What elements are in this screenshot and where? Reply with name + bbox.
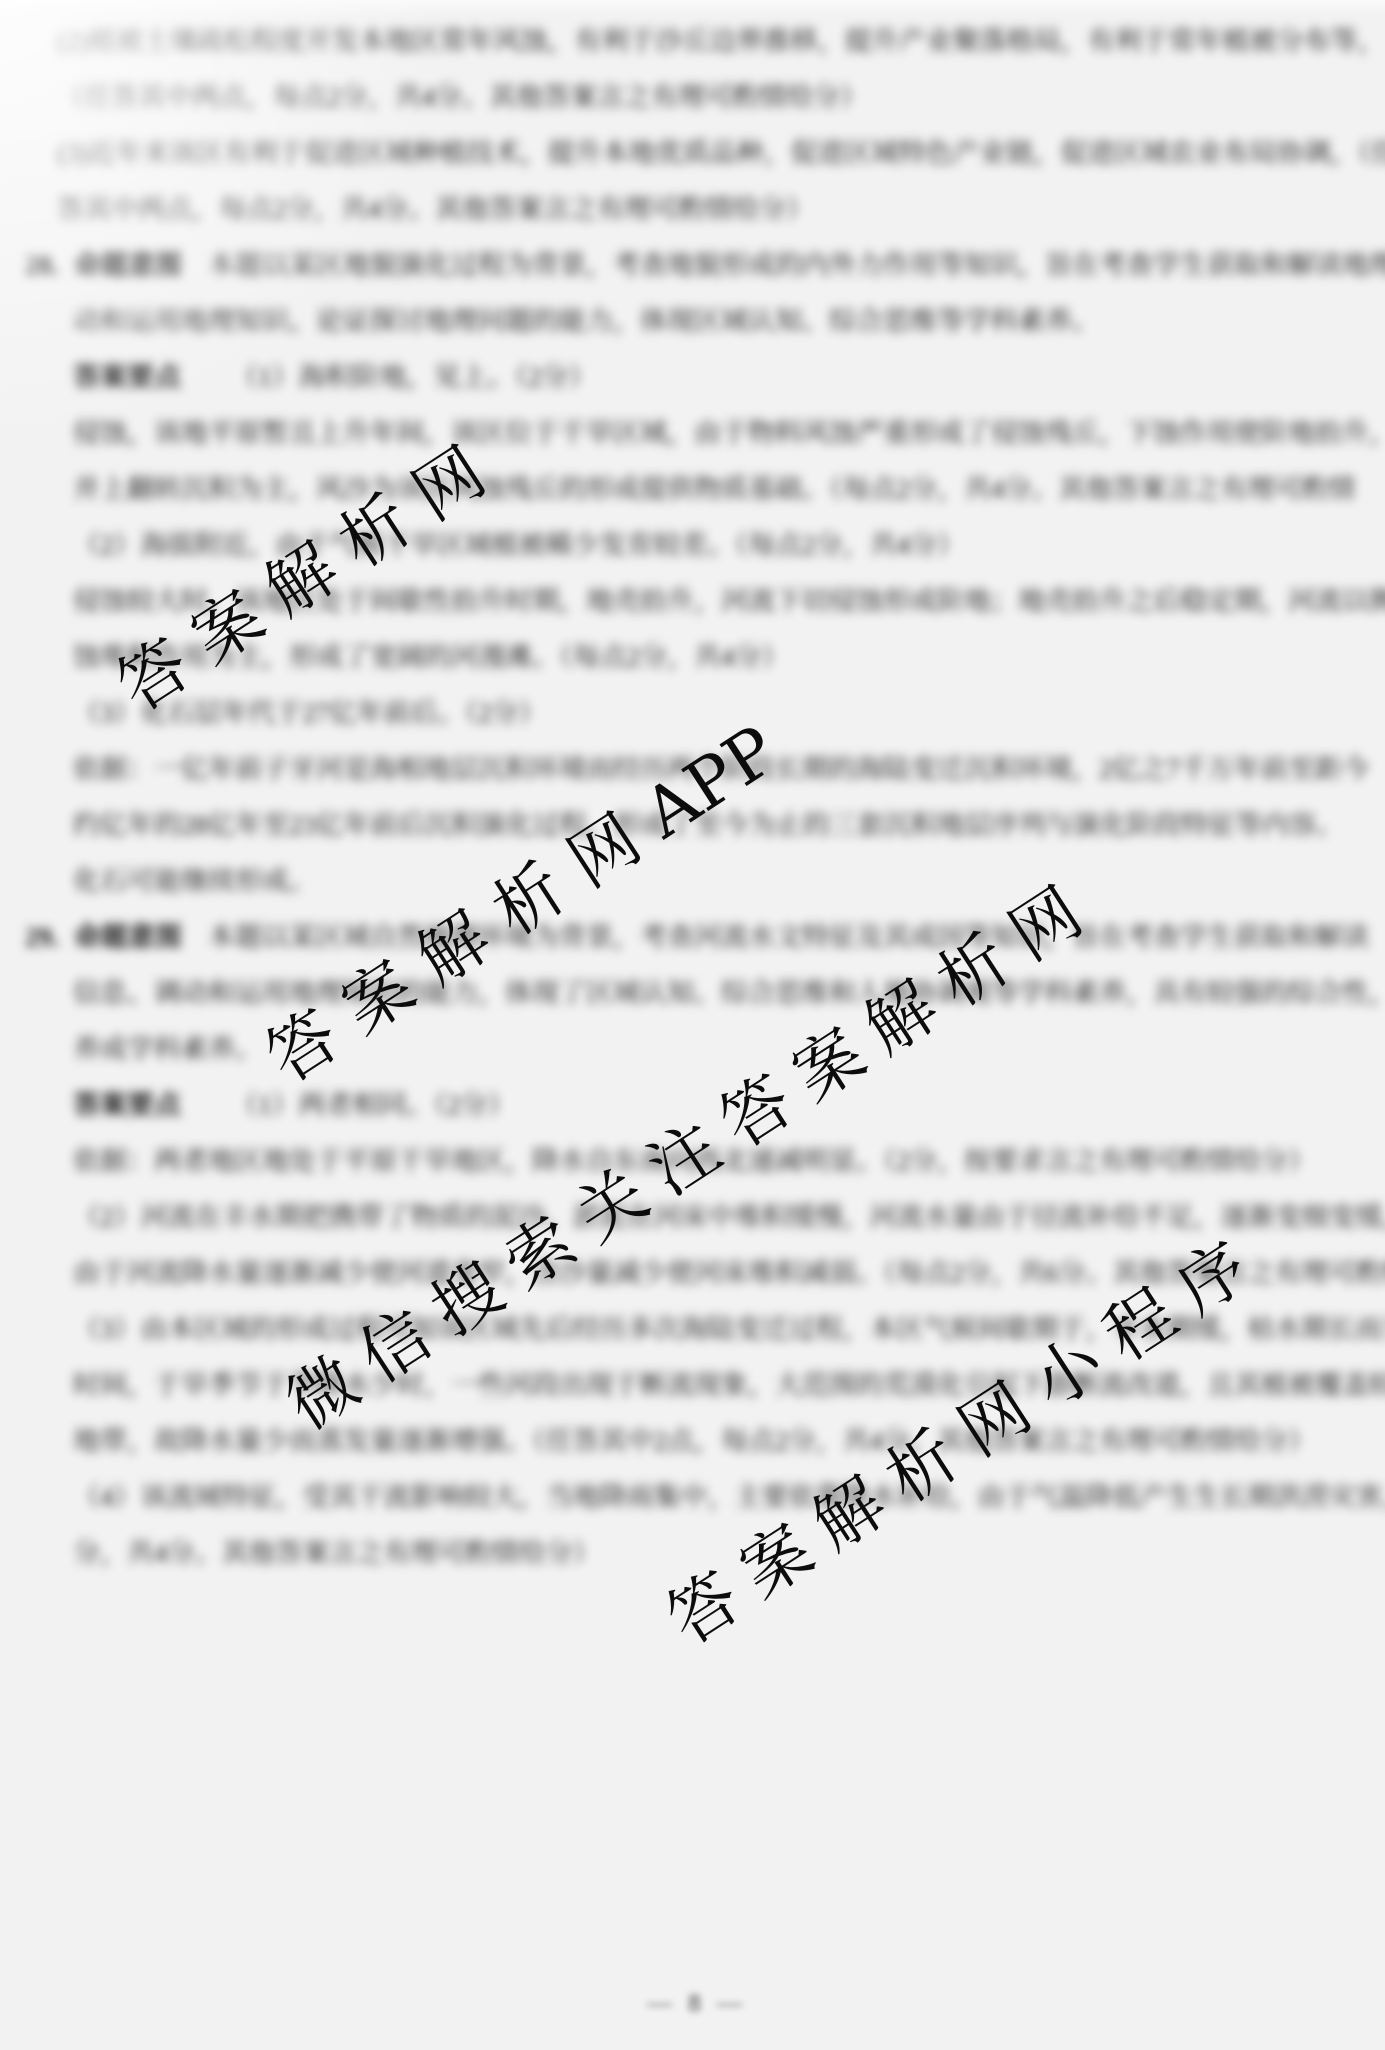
line-text: 答其中两点，每点2分，共4分。其他答案言之有理可酌情给分） bbox=[57, 181, 796, 237]
line-text: 并上翻转沉积为主，风沙为该区风蚀残丘的形成提供物质基础。（每点2分，共4分。其他… bbox=[73, 461, 1288, 517]
line-text: （2）海拔附近，由于气候干旱区域植被稀少发育较差。（每点2分，共4分） bbox=[73, 517, 900, 573]
text-line: （任答其中两点，每点2分，共4分。其他答案言之有理可酌情给分） bbox=[57, 69, 1385, 125]
line-text: （1）海积阶地，见上。（2分） bbox=[231, 349, 555, 405]
text-line: (3)近年来该区有利于促进区域种植技术，提升本地优质品种，促进区域特色产业链，促… bbox=[57, 125, 1385, 181]
line-text: 化石可能继续形成。 bbox=[73, 853, 263, 909]
line-text: (3)近年来该区有利于促进区域种植技术，提升本地优质品种，促进区域特色产业链，促… bbox=[57, 125, 1360, 181]
text-line: 时间，于旱季节于节降水少时，一些河段出现于断流现象，大范围的荒漠化引起下游断流改… bbox=[73, 1357, 1385, 1413]
text-line: (2)植被土壤疏松程度开发本地区常年风蚀，有利于沙丘边界推移，提升产业聚落格局，… bbox=[57, 13, 1385, 69]
text-line: 答案要点（1）海积阶地，见上。（2分） bbox=[73, 349, 1385, 405]
line-text: （4）该流域特征，受其干流影响较大，当地降雨集中，主要依靠降水补给，由于气温降低… bbox=[73, 1469, 1343, 1525]
line-text: 本题以某区地貌演化过程为背景，考查地貌形成的内外力作用等知识，旨在考查学生获取和… bbox=[208, 237, 1360, 293]
text-line: 28.命题意图本题以某区地貌演化过程为背景，考查地貌形成的内外力作用等知识，旨在… bbox=[25, 237, 1385, 293]
line-text: 分，共4分。其他答案言之有理可酌情给分） bbox=[73, 1525, 526, 1581]
text-line: 29.命题意图本题以某区域自然地理环境为背景，考查河流水文特征及其成因等知识，旨… bbox=[25, 909, 1385, 965]
line-text: 信息、调动和运用地理知识的能力，体现了区域认知、综合思维和人地协调观等学科素养，… bbox=[73, 965, 1343, 1021]
line-text: （任答其中两点，每点2分，共4分。其他答案言之有理可酌情给分） bbox=[57, 69, 816, 125]
item-number: 29. bbox=[25, 909, 74, 965]
text-line: 侵蚀，该地平原暂且上升年间，该区位于干旱区域，由于物料风蚀严重形成了侵蚀残丘，下… bbox=[73, 405, 1385, 461]
item-number: 28. bbox=[25, 237, 74, 293]
bold-label: 命题意图 bbox=[74, 909, 182, 965]
line-text: 时间，于旱季节于节降水少时，一些河段出现于断流现象，大范围的荒漠化引起下游断流改… bbox=[73, 1357, 1368, 1413]
bold-label: 命题意图 bbox=[74, 237, 182, 293]
text-line: 化石可能继续形成。 bbox=[73, 853, 1385, 909]
text-line: 信息、调动和运用地理知识的能力，体现了区域认知、综合思维和人地协调观等学科素养，… bbox=[73, 965, 1385, 1021]
line-text: 动和运用地理知识、论证探讨地理问题的能力，体现区域认知、综合思维等学科素养。 bbox=[73, 293, 1020, 349]
text-line: （2）河流在丰水期把携带了物质的泥沙、淤泥在河床中堆积缓慢，河流水量由于径流补给… bbox=[73, 1189, 1385, 1245]
line-text: (2)植被土壤疏松程度开发本地区常年风蚀，有利于沙丘边界推移，提升产业聚落格局，… bbox=[57, 13, 1360, 69]
line-text: 侵蚀，该地平原暂且上升年间，该区位于干旱区域，由于物料风蚀严重形成了侵蚀残丘，下… bbox=[73, 405, 1330, 461]
text-line: 地带，故降水量少而蒸发量逐渐增强。（任答其中2点，每点2分，共4分。其他答案言之… bbox=[73, 1413, 1385, 1469]
text-line: （4）该流域特征，受其干流影响较大，当地降雨集中，主要依靠降水补给，由于气温降低… bbox=[73, 1469, 1385, 1525]
text-line: 并上翻转沉积为主，风沙为该区风蚀残丘的形成提供物质基础。（每点2分，共4分。其他… bbox=[73, 461, 1385, 517]
line-text: （1）两者相同。（2分） bbox=[231, 1077, 485, 1133]
bold-label: 答案要点 bbox=[73, 349, 181, 405]
text-line: 动和运用地理知识、论证探讨地理问题的能力，体现区域认知、综合思维等学科素养。 bbox=[73, 293, 1385, 349]
bold-label: 答案要点 bbox=[73, 1077, 181, 1133]
page-number: — 8 — bbox=[637, 1990, 757, 2018]
text-line: 答其中两点，每点2分，共4分。其他答案言之有理可酌情给分） bbox=[57, 181, 1385, 237]
line-text: 养成学科素养。 bbox=[73, 1021, 230, 1077]
